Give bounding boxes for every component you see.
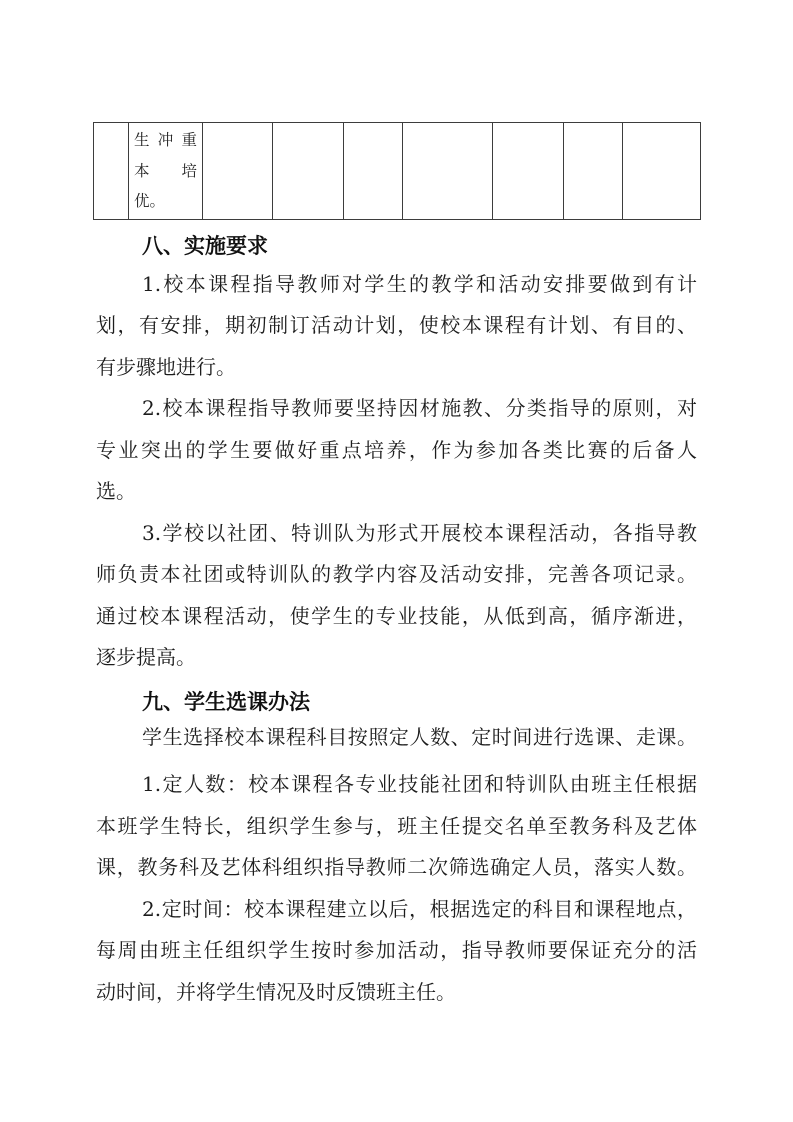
text-line: 师负责本社团或特训队的教学内容及活动安排，完善各项记录。 — [96, 554, 697, 596]
table-cell-text-line: 生冲重 — [134, 125, 197, 156]
table-cell — [94, 123, 129, 220]
text-line: 学生选择校本课程科目按照定人数、定时间进行选课、走课。 — [96, 717, 697, 759]
text-line: 选。 — [96, 471, 697, 513]
text-line: 通过校本课程活动，使学生的专业技能，从低到高，循序渐进， — [96, 596, 697, 638]
table-cell — [564, 123, 623, 220]
text-line: 1.校本课程指导教师对学生的教学和活动安排要做到有计 — [96, 264, 697, 306]
paragraph: 1.校本课程指导教师对学生的教学和活动安排要做到有计 划，有安排，期初制订活动计… — [96, 264, 697, 389]
paragraph: 2.校本课程指导教师要坚持因材施教、分类指导的原则，对 专业突出的学生要做好重点… — [96, 388, 697, 513]
paragraph: 2.定时间：校本课程建立以后，根据选定的科目和课程地点， 每周由班主任组织学生按… — [96, 889, 697, 1014]
section-heading-8: 八、实施要求 — [96, 235, 697, 258]
text-line: 专业突出的学生要做好重点培养，作为参加各类比赛的后备人 — [96, 430, 697, 472]
text-line: 课，教务科及艺体科组织指导教师二次筛选确定人员，落实人数。 — [96, 847, 697, 889]
section-heading-9: 九、学生选课办法 — [96, 691, 697, 714]
table-cell — [403, 123, 493, 220]
text-line: 每周由班主任组织学生按时参加活动，指导教师要保证充分的活 — [96, 930, 697, 972]
text-line: 划，有安排，期初制订活动计划，使校本课程有计划、有目的、 — [96, 305, 697, 347]
text-line: 2.定时间：校本课程建立以后，根据选定的科目和课程地点， — [96, 889, 697, 931]
table-fragment: 生冲重 本培 优。 — [93, 122, 701, 220]
table-cell — [623, 123, 701, 220]
text-line: 本班学生特长，组织学生参与，班主任提交名单至教务科及艺体 — [96, 806, 697, 848]
table-row: 生冲重 本培 优。 — [94, 123, 701, 220]
paragraph: 1.定人数：校本课程各专业技能社团和特训队由班主任根据 本班学生特长，组织学生参… — [96, 764, 697, 889]
table-cell-text-line: 本培 — [134, 156, 197, 187]
text-line: 3.学校以社团、特训队为形式开展校本课程活动，各指导教 — [96, 513, 697, 555]
text-line: 动时间，并将学生情况及时反馈班主任。 — [96, 972, 697, 1014]
text-line: 逐步提高。 — [96, 637, 697, 679]
table-cell — [344, 123, 403, 220]
table-cell — [203, 123, 273, 220]
text-line: 2.校本课程指导教师要坚持因材施教、分类指导的原则，对 — [96, 388, 697, 430]
text-line: 有步骤地进行。 — [96, 347, 697, 389]
text-line: 1.定人数：校本课程各专业技能社团和特训队由班主任根据 — [96, 764, 697, 806]
paragraph: 3.学校以社团、特训队为形式开展校本课程活动，各指导教 师负责本社团或特训队的教… — [96, 513, 697, 679]
table-cell: 生冲重 本培 优。 — [129, 123, 203, 220]
table-cell — [493, 123, 564, 220]
table-cell-text-line: 优。 — [134, 186, 197, 217]
paragraph: 学生选择校本课程科目按照定人数、定时间进行选课、走课。 — [96, 717, 697, 759]
table-cell — [273, 123, 344, 220]
document-page: 生冲重 本培 优。 八、实施要求 1.校本课程指导教师对学生的教学和活动安排要做… — [0, 0, 793, 1122]
